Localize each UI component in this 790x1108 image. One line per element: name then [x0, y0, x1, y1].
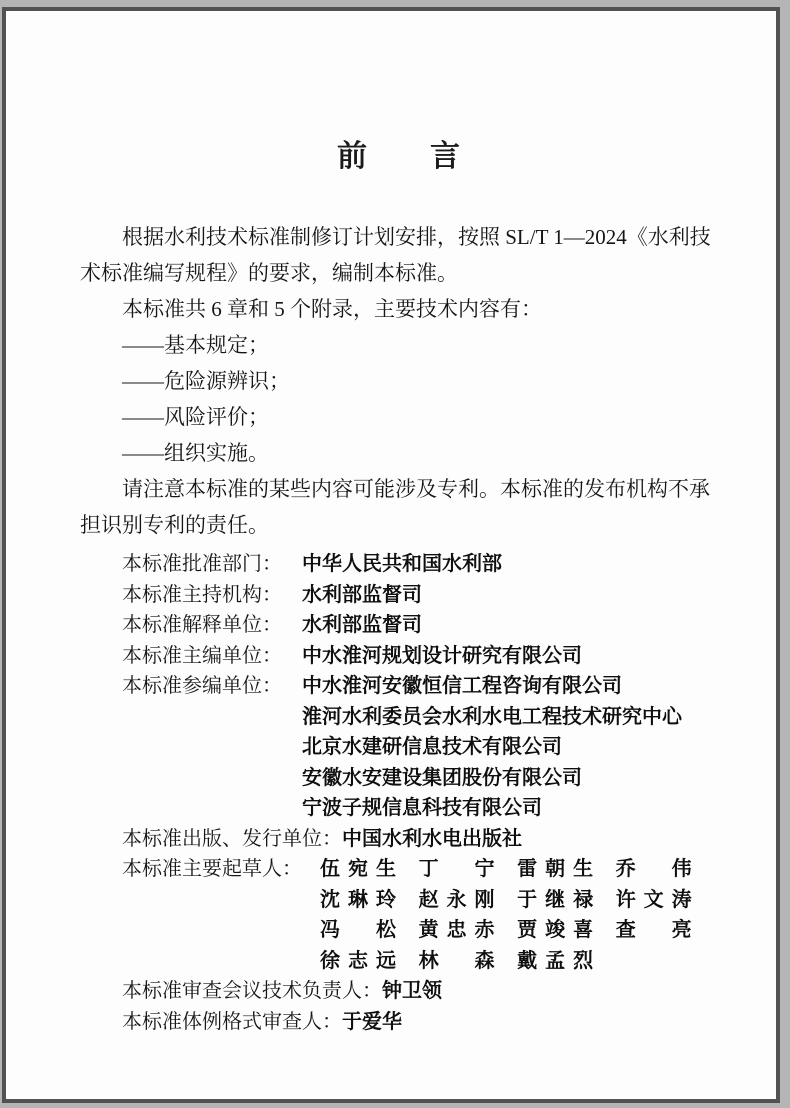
- credits-section: 本标准批准部门： 中华人民共和国水利部 本标准主持机构： 水利部监督司 本标准解…: [80, 549, 718, 1037]
- dash-item-hazard-identification: ——危险源辨识；: [80, 363, 718, 399]
- drafter-name: 林森: [419, 946, 495, 977]
- drafter-name: 丁宁: [419, 854, 495, 885]
- dash-item-basic-rules: ——基本规定；: [80, 327, 718, 363]
- credit-chief-editing-unit: 本标准主编单位： 中水淮河规划设计研究有限公司: [122, 641, 718, 672]
- credit-value: 水利部监督司: [302, 580, 422, 611]
- credit-label: 本标准解释单位：: [122, 610, 302, 641]
- credit-value: 于爱华: [342, 1011, 402, 1033]
- credit-label: 本标准出版、发行单位：: [122, 828, 342, 850]
- drafter-name: 乔伟: [616, 854, 692, 885]
- credit-interpretation-unit: 本标准解释单位： 水利部监督司: [122, 610, 718, 641]
- credit-label: 本标准审查会议技术负责人：: [122, 980, 382, 1002]
- credit-review-meeting-chair: 本标准审查会议技术负责人：钟卫领: [122, 976, 718, 1007]
- participating-unit: 宁波子规信息科技有限公司: [302, 793, 718, 824]
- participating-unit: 淮河水利委员会水利水电工程技术研究中心: [302, 702, 718, 733]
- drafter-row: 冯松 黄忠赤 贾竣喜 查亮: [320, 915, 718, 946]
- paragraph-basis: 根据水利技术标准制修订计划安排，按照 SL/T 1—2024《水利技术标准编写规…: [80, 219, 718, 291]
- credit-value: 水利部监督司: [302, 610, 422, 641]
- paragraph-patent-note: 请注意本标准的某些内容可能涉及专利。本标准的发布机构不承担识别专利的责任。: [80, 471, 718, 543]
- drafter-name: 伍宛生: [320, 854, 396, 885]
- drafter-name: 雷朝生: [517, 854, 593, 885]
- credit-host-organization: 本标准主持机构： 水利部监督司: [122, 580, 718, 611]
- credit-participating-units: 本标准参编单位： 中水淮河安徽恒信工程咨询有限公司: [122, 671, 718, 702]
- preface-body: 根据水利技术标准制修订计划安排，按照 SL/T 1—2024《水利技术标准编写规…: [80, 219, 718, 543]
- drafter-name: 冯松: [320, 915, 396, 946]
- credit-label: 本标准主持机构：: [122, 580, 302, 611]
- credit-label: 本标准批准部门：: [122, 549, 302, 580]
- drafter-name: 许文涛: [616, 885, 692, 916]
- credit-value: 中国水利水电出版社: [342, 828, 522, 850]
- credit-label: 本标准参编单位：: [122, 671, 302, 702]
- credit-label: 本标准主编单位：: [122, 641, 302, 672]
- drafter-name: 于继禄: [517, 885, 593, 916]
- dash-item-implementation: ——组织实施。: [80, 435, 718, 471]
- drafter-name: 徐志远: [320, 946, 396, 977]
- drafter-name: 黄忠赤: [419, 915, 495, 946]
- credit-approval-department: 本标准批准部门： 中华人民共和国水利部: [122, 549, 718, 580]
- participating-unit: 安徽水安建设集团股份有限公司: [302, 763, 718, 794]
- credit-label: 本标准主要起草人：: [122, 854, 320, 885]
- drafter-row: 沈琳玲 赵永刚 于继禄 许文涛: [320, 885, 718, 916]
- drafter-row: 徐志远 林森 戴孟烈: [320, 946, 718, 977]
- drafter-name: 戴孟烈: [517, 946, 593, 977]
- drafter-name: 查亮: [616, 915, 692, 946]
- credit-label: 本标准体例格式审查人：: [122, 1011, 342, 1033]
- scanned-document-page: 前 言 根据水利技术标准制修订计划安排，按照 SL/T 1—2024《水利技术标…: [2, 7, 780, 1103]
- credit-value: 中水淮河安徽恒信工程咨询有限公司: [302, 671, 622, 702]
- credit-publisher: 本标准出版、发行单位：中国水利水电出版社: [122, 824, 718, 855]
- credit-value: 钟卫领: [382, 980, 442, 1002]
- drafter-name: 沈琳玲: [320, 885, 396, 916]
- drafter-row: 伍宛生 丁宁 雷朝生 乔伟: [320, 854, 692, 885]
- credit-format-reviewer: 本标准体例格式审查人：于爱华: [122, 1007, 718, 1038]
- credit-value: 中水淮河规划设计研究有限公司: [302, 641, 582, 672]
- preface-title: 前 言: [80, 135, 718, 179]
- paragraph-contents: 本标准共 6 章和 5 个附录，主要技术内容有：: [80, 291, 718, 327]
- participating-unit: 北京水建研信息技术有限公司: [302, 732, 718, 763]
- drafter-name: 赵永刚: [419, 885, 495, 916]
- credit-value: 中华人民共和国水利部: [302, 549, 502, 580]
- credit-main-drafters: 本标准主要起草人： 伍宛生 丁宁 雷朝生 乔伟: [122, 854, 718, 885]
- dash-item-risk-evaluation: ——风险评价；: [80, 399, 718, 435]
- drafter-name: 贾竣喜: [517, 915, 593, 946]
- page-content: 前 言 根据水利技术标准制修订计划安排，按照 SL/T 1—2024《水利技术标…: [6, 135, 776, 1037]
